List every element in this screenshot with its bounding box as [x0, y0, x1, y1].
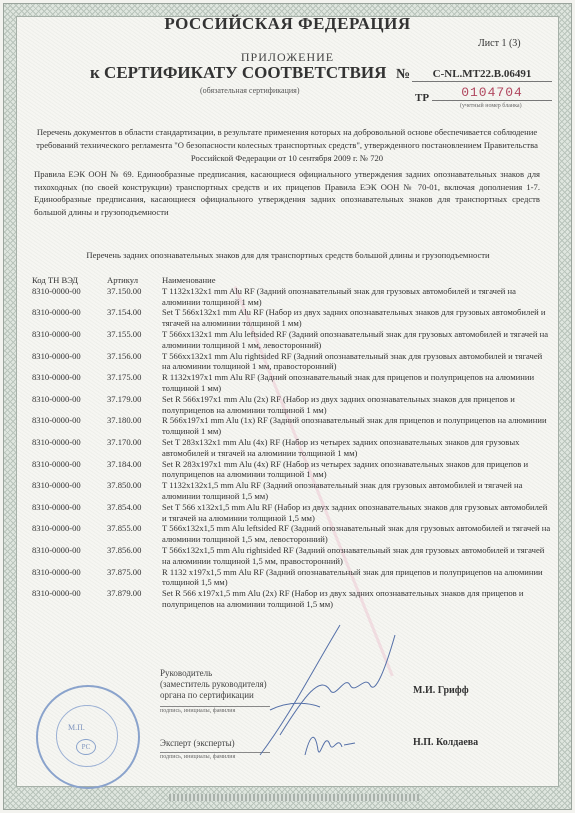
table-row: 8310-0000-0037.155.00T 566xx132x1 mm Alu… — [32, 329, 552, 351]
cell-name: Set R 566 x197x1,5 mm Alu (2x) RF (Набор… — [162, 588, 552, 610]
sheet-number: Лист 1 (3) — [478, 38, 521, 49]
stamp-text: М.П. — [68, 723, 85, 732]
table-row: 8310-0000-0037.180.00R 566x197x1 mm Alu … — [32, 415, 552, 437]
cell-code: 8310-0000-00 — [32, 588, 107, 610]
cell-name: R 1132 x197x1,5 mm Alu RF (Задний опозна… — [162, 567, 552, 589]
table-row: 8310-0000-0037.854.00Set T 566 x132x1,5 … — [32, 502, 552, 524]
cell-article: 37.156.00 — [107, 351, 162, 373]
cell-name: Set R 283x197x1 mm Alu (4x) RF (Набор из… — [162, 459, 552, 481]
cell-name: Set T 566x132x1 mm Alu RF (Набор из двух… — [162, 307, 552, 329]
table-header: Код ТН ВЭД Артикул Наименование — [32, 275, 552, 286]
cell-code: 8310-0000-00 — [32, 394, 107, 416]
cell-name: Set T 283x132x1 mm Alu (4x) RF (Набор из… — [162, 437, 552, 459]
table-row: 8310-0000-0037.850.00T 1132x132x1,5 mm A… — [32, 480, 552, 502]
table-row: 8310-0000-0037.154.00Set T 566x132x1 mm … — [32, 307, 552, 329]
cell-article: 37.855.00 — [107, 523, 162, 545]
table-row: 8310-0000-0037.879.00Set R 566 x197x1,5 … — [32, 588, 552, 610]
country-title: РОССИЙСКАЯ ФЕДЕРАЦИЯ — [0, 14, 575, 34]
cell-code: 8310-0000-00 — [32, 415, 107, 437]
cell-name: R 566x197x1 mm Alu (1x) RF (Задний опозн… — [162, 415, 552, 437]
form-number: 0104704 — [432, 85, 552, 101]
column-header-article: Артикул — [107, 275, 162, 286]
cell-code: 8310-0000-00 — [32, 307, 107, 329]
cell-article: 37.850.00 — [107, 480, 162, 502]
cell-code: 8310-0000-00 — [32, 372, 107, 394]
cell-name: T 566xx132x1 mm Alu leftsided RF (Задний… — [162, 329, 552, 351]
cell-code: 8310-0000-00 — [32, 437, 107, 459]
table-row: 8310-0000-0037.175.00R 1132x197x1 mm Alu… — [32, 372, 552, 394]
list-title: Перечень задних опознавательных знаков д… — [70, 249, 506, 262]
table-row: 8310-0000-0037.855.00T 566x132x1,5 mm Al… — [32, 523, 552, 545]
stamp-inner-ring — [56, 705, 118, 767]
certification-logo-icon: РС — [76, 739, 96, 755]
cell-name: T 1132x132x1,5 mm Alu RF (Задний опознав… — [162, 480, 552, 502]
column-header-name: Наименование — [162, 275, 552, 286]
cell-code: 8310-0000-00 — [32, 351, 107, 373]
cell-article: 37.875.00 — [107, 567, 162, 589]
official-stamp: М.П. РС — [36, 685, 140, 789]
column-header-code: Код ТН ВЭД — [32, 275, 107, 286]
table-row: 8310-0000-0037.150.00T 1132x132x1 mm Alu… — [32, 286, 552, 308]
form-number-caption: (учетный номер бланка) — [460, 103, 522, 109]
cell-name: T 566x132x1,5 mm Alu rightsided RF (Задн… — [162, 545, 552, 567]
cell-code: 8310-0000-00 — [32, 480, 107, 502]
cell-code: 8310-0000-00 — [32, 329, 107, 351]
cell-name: T 566xx132x1 mm Alu rightsided RF (Задни… — [162, 351, 552, 373]
cell-name: Set T 566 x132x1,5 mm Alu RF (Набор из д… — [162, 502, 552, 524]
cell-article: 37.184.00 — [107, 459, 162, 481]
cell-name: R 1132x197x1 mm Alu RF (Задний опознават… — [162, 372, 552, 394]
rules-paragraph: Правила ЕЭК ООН № 69. Единообразные пред… — [34, 168, 540, 218]
certificate-title: к СЕРТИФИКАТУ СООТВЕТСТВИЯ — [90, 63, 386, 83]
cell-article: 37.180.00 — [107, 415, 162, 437]
expert-signature-label: Эксперт (эксперты) — [160, 738, 235, 749]
table-row: 8310-0000-0037.875.00R 1132 x197x1,5 mm … — [32, 567, 552, 589]
cell-article: 37.854.00 — [107, 502, 162, 524]
intro-paragraph: Перечень документов в области стандартиз… — [34, 126, 540, 165]
tr-label: ТР — [415, 92, 429, 104]
cell-article: 37.155.00 — [107, 329, 162, 351]
cell-name: Set R 566x197x1 mm Alu (2x) RF (Набор из… — [162, 394, 552, 416]
table-row: 8310-0000-0037.156.00T 566xx132x1 mm Alu… — [32, 351, 552, 373]
cell-article: 37.856.00 — [107, 545, 162, 567]
cell-code: 8310-0000-00 — [32, 459, 107, 481]
cell-article: 37.879.00 — [107, 588, 162, 610]
cell-code: 8310-0000-00 — [32, 502, 107, 524]
cell-article: 37.179.00 — [107, 394, 162, 416]
head-name: М.И. Грифф — [413, 685, 469, 696]
table-row: 8310-0000-0037.170.00Set T 283x132x1 mm … — [32, 437, 552, 459]
cell-article: 37.170.00 — [107, 437, 162, 459]
expert-signature-icon — [300, 725, 360, 765]
cell-name: T 1132x132x1 mm Alu RF (Задний опознават… — [162, 286, 552, 308]
table-row: 8310-0000-0037.856.00T 566x132x1,5 mm Al… — [32, 545, 552, 567]
table-row: 8310-0000-0037.179.00Set R 566x197x1 mm … — [32, 394, 552, 416]
cell-code: 8310-0000-00 — [32, 545, 107, 567]
cell-article: 37.175.00 — [107, 372, 162, 394]
products-table: Код ТН ВЭД Артикул Наименование 8310-000… — [32, 275, 552, 610]
certificate-number: C-NL.MT22.B.06491 — [412, 68, 552, 82]
table-row: 8310-0000-0037.184.00Set R 283x197x1 mm … — [32, 459, 552, 481]
cell-article: 37.154.00 — [107, 307, 162, 329]
number-sign: № — [396, 67, 410, 83]
cell-article: 37.150.00 — [107, 286, 162, 308]
cell-name: T 566x132x1,5 mm Alu leftsided RF (Задни… — [162, 523, 552, 545]
cell-code: 8310-0000-00 — [32, 286, 107, 308]
expert-name: Н.П. Колдаева — [413, 737, 478, 748]
cell-code: 8310-0000-00 — [32, 523, 107, 545]
security-strip — [169, 794, 419, 801]
mandatory-note: (обязательная сертификация) — [200, 86, 299, 95]
cell-code: 8310-0000-00 — [32, 567, 107, 589]
